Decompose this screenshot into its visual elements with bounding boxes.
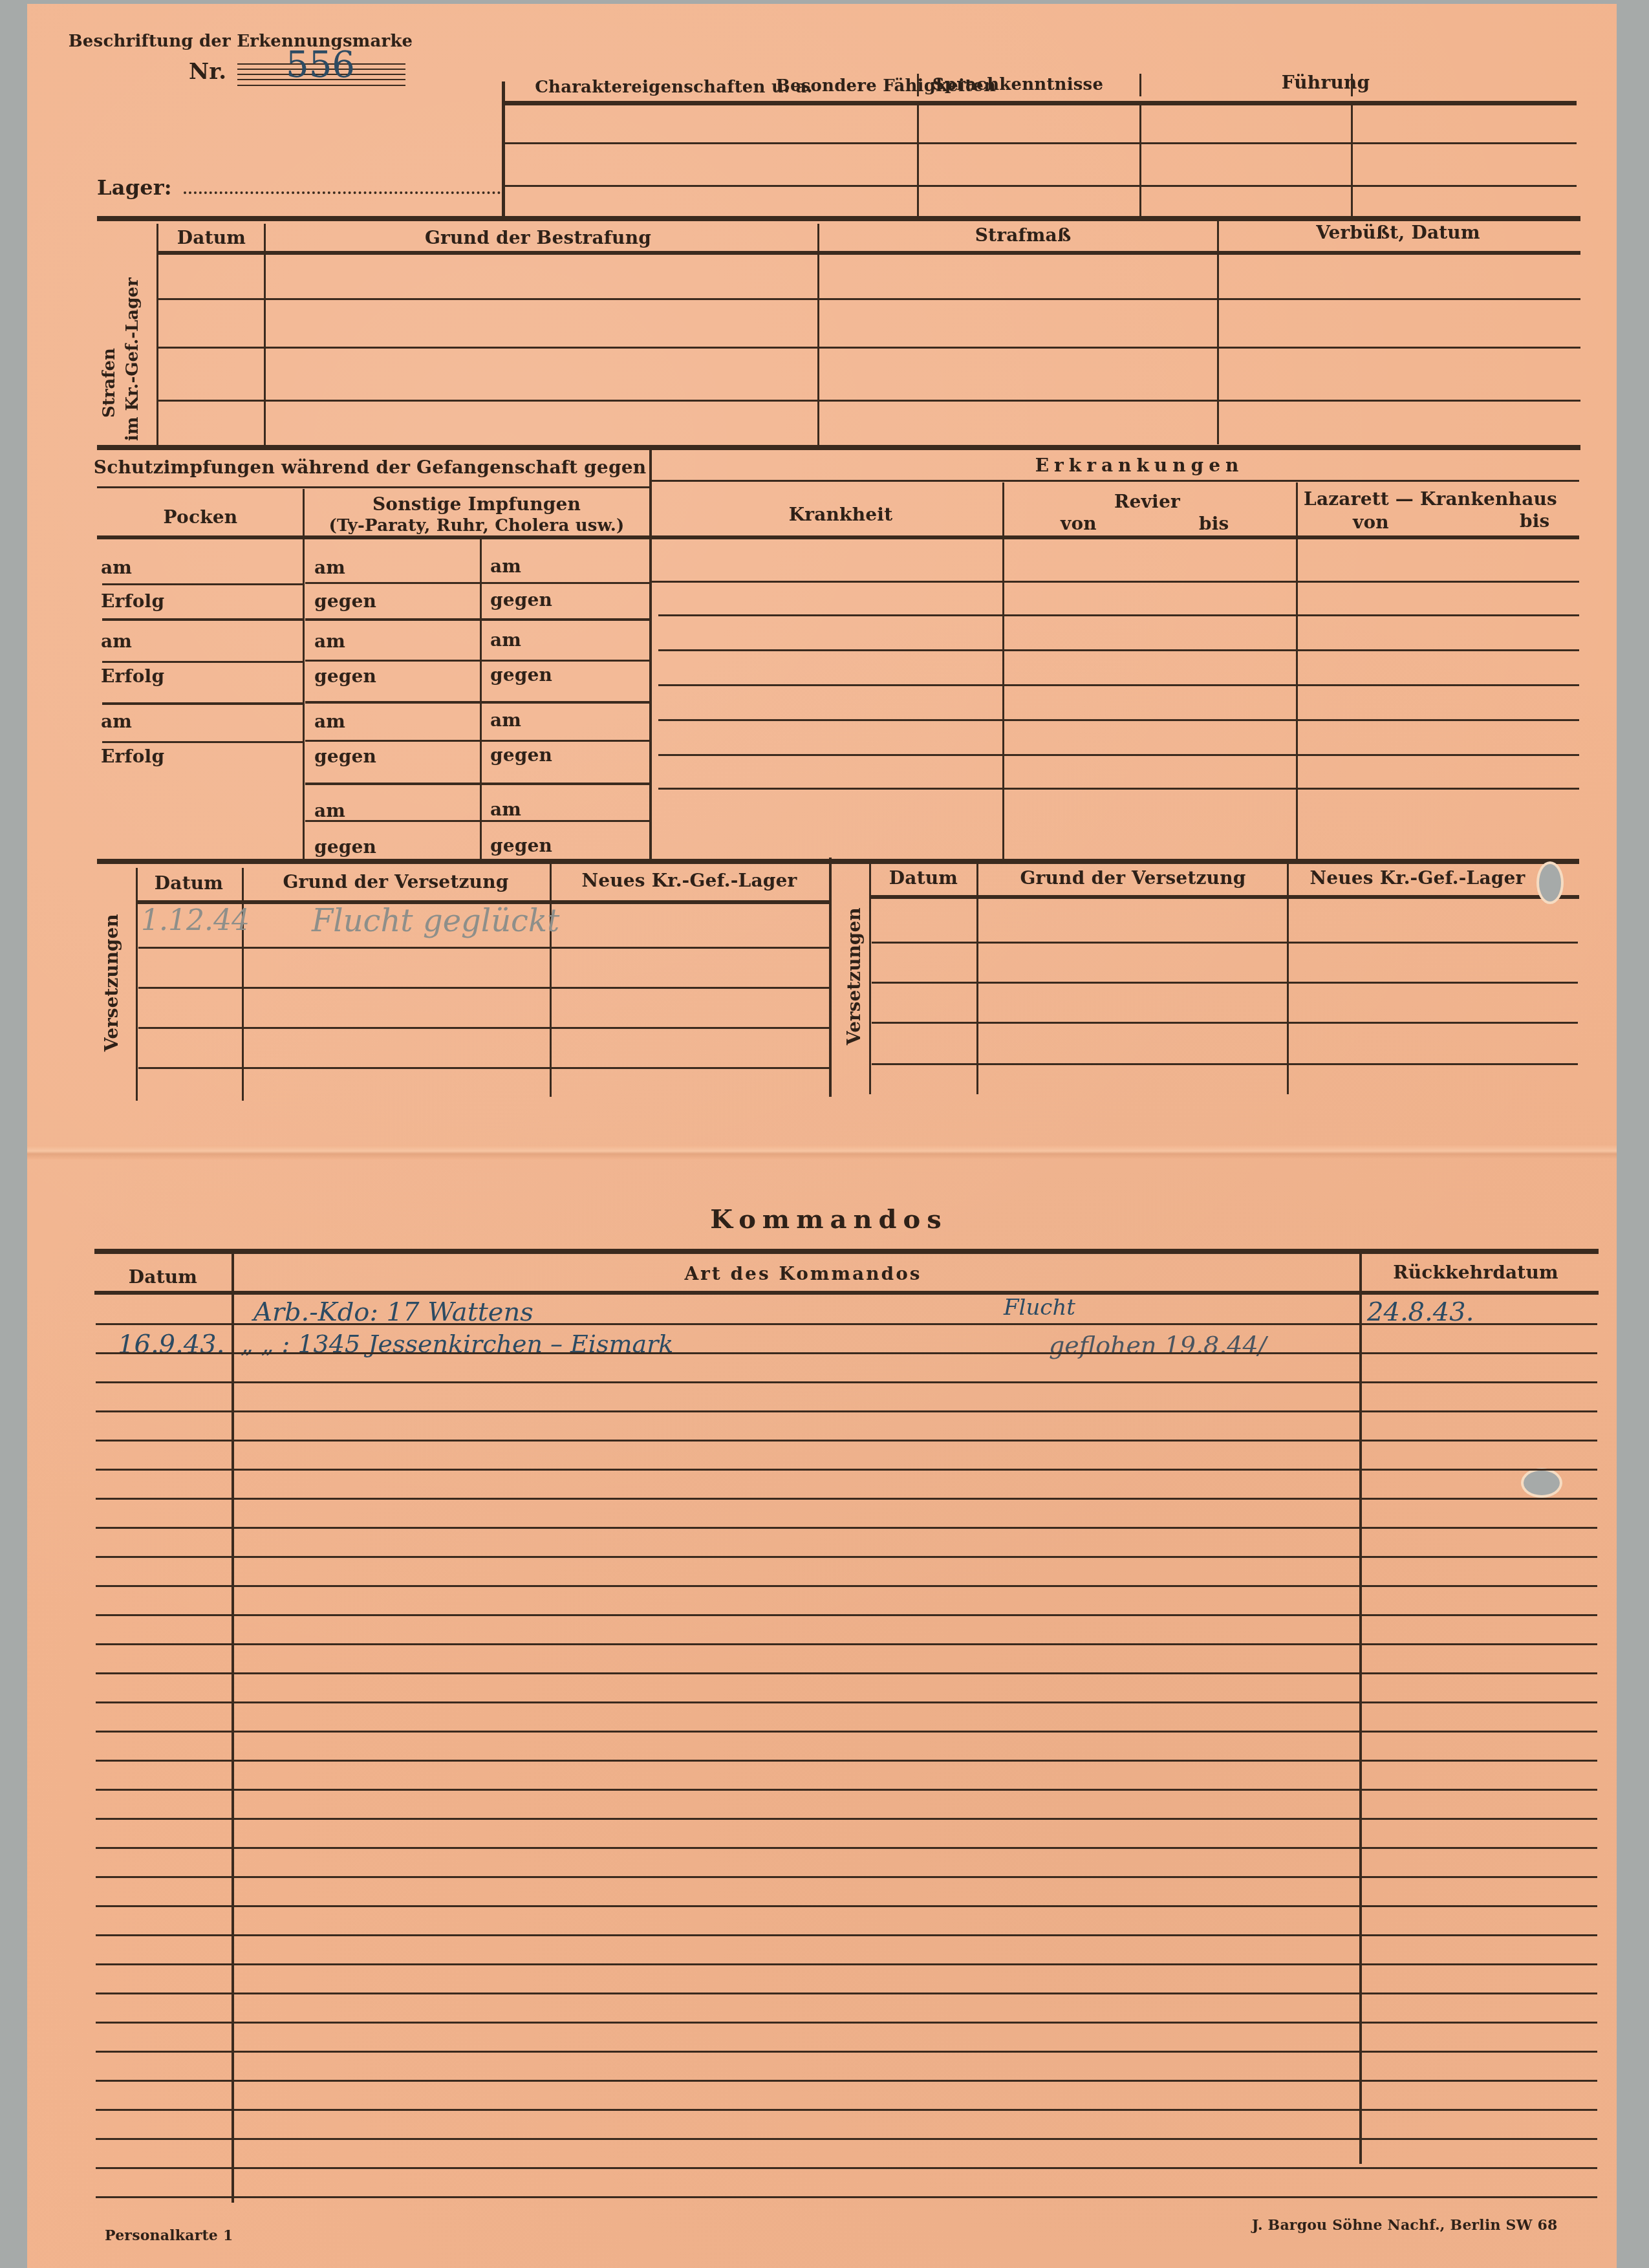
sonstige-gegen: gegen	[490, 746, 552, 764]
lager-field[interactable]	[184, 191, 501, 194]
row-line	[305, 701, 649, 704]
sonstige-gegen: gegen	[314, 592, 376, 610]
pocken-erfolg: Erfolg	[101, 592, 164, 610]
col-sonstige: Sonstige Impfungen	[372, 495, 581, 513]
impfungen-title: Schutzimpfungen während der Gefangenscha…	[94, 459, 646, 477]
kdo-note-1[interactable]: Flucht	[1004, 1295, 1075, 1321]
versetzung-datum-1[interactable]: 1.12.44	[141, 904, 250, 937]
row-line	[305, 618, 649, 621]
lazarett-bis: bis	[1520, 512, 1550, 530]
row-line	[96, 1352, 1597, 1354]
divider	[97, 535, 1579, 539]
row-line	[96, 2138, 1597, 2140]
row-line	[96, 2196, 1597, 2198]
row-line	[138, 987, 829, 989]
sonstige-gegen: gegen	[314, 667, 376, 686]
versetzungen-label: Versetzungen	[101, 914, 122, 1052]
printer-imprint: J. Bargou Söhne Nachf., Berlin SW 68	[1252, 2218, 1557, 2232]
col-charakter: Charaktereigenschaften u. a.	[535, 79, 813, 96]
divider	[94, 1249, 1599, 1254]
kdo-col-art: Art des Kommandos	[684, 1265, 921, 1283]
row-line	[305, 783, 649, 785]
row-line	[96, 1760, 1597, 1762]
vers-col-grund: Grund der Versetzung	[283, 873, 508, 891]
divider	[156, 224, 158, 447]
versetzung-grund-1[interactable]: Flucht geglückt	[312, 903, 559, 939]
versetzungen-label-right: Versetzungen	[843, 907, 865, 1045]
divider	[232, 1252, 234, 2203]
strafen-col-datum: Datum	[177, 229, 246, 247]
divider	[917, 74, 919, 96]
strafen-col-strafmass: Strafmaß	[975, 226, 1072, 244]
divider	[156, 251, 1580, 255]
row-line	[652, 581, 1579, 583]
row-line	[305, 660, 649, 662]
divider	[503, 185, 1577, 187]
row-line	[658, 788, 1579, 790]
sonstige-am: am	[490, 801, 521, 819]
divider	[649, 450, 652, 861]
row-line	[96, 1614, 1597, 1616]
divider	[480, 539, 482, 861]
row-line	[96, 1469, 1597, 1471]
divider	[97, 859, 1579, 864]
row-line	[96, 2051, 1597, 2053]
row-line	[96, 1963, 1597, 1965]
row-line	[658, 649, 1579, 651]
col-sonstige-sub: (Ty-Paraty, Ruhr, Cholera usw.)	[329, 517, 625, 534]
row-line	[96, 1498, 1597, 1500]
divider	[917, 101, 919, 217]
row-line	[96, 1381, 1597, 1383]
divider	[1351, 74, 1353, 96]
pocken-erfolg: Erfolg	[101, 667, 164, 686]
row-line	[96, 2109, 1597, 2111]
row-line	[96, 1934, 1597, 1936]
pocken-am: am	[101, 632, 132, 651]
revier-von: von	[1061, 515, 1097, 533]
divider	[97, 445, 1580, 450]
strafen-col-grund: Grund der Bestrafung	[425, 229, 651, 247]
col-sprachen: Sprachkenntnisse	[932, 76, 1103, 93]
row-line	[96, 1585, 1597, 1587]
row-line	[96, 1527, 1597, 1529]
row-line	[96, 1789, 1597, 1791]
row-line	[102, 583, 303, 585]
divider	[817, 224, 819, 447]
col-lazarett: Lazarett — Krankenhaus	[1304, 490, 1557, 508]
vers-right-col-lager: Neues Kr.-Gef.-Lager	[1309, 869, 1525, 887]
sonstige-am: am	[314, 802, 345, 820]
pocken-am: am	[101, 559, 132, 577]
divider	[503, 142, 1577, 144]
strafen-col-verbuesst: Verbüßt, Datum	[1316, 224, 1480, 242]
row-line	[96, 1440, 1597, 1442]
erkrankungen-title: Erkrankungen	[1035, 457, 1244, 475]
sonstige-gegen: gegen	[490, 666, 552, 684]
row-line	[305, 582, 649, 584]
sonstige-gegen: gegen	[314, 838, 376, 856]
divider	[1359, 1252, 1362, 2164]
row-line	[96, 2080, 1597, 2082]
row-line	[96, 1410, 1597, 1412]
punch-hole	[1539, 864, 1561, 902]
sonstige-am: am	[490, 711, 521, 729]
vers-col-datum: Datum	[155, 874, 223, 892]
row-line	[96, 2167, 1597, 2169]
pocken-am: am	[101, 713, 132, 731]
row-line	[96, 1731, 1597, 1733]
lazarett-von: von	[1353, 513, 1389, 532]
row-line	[96, 1323, 1597, 1325]
row-line	[872, 942, 1578, 944]
strafen-label-2: im Kr.-Gef.-Lager	[123, 277, 142, 441]
row-line	[96, 1876, 1597, 1878]
divider	[97, 486, 651, 488]
row-line	[658, 719, 1579, 721]
row-line	[658, 754, 1579, 756]
strafen-label: Strafen	[100, 348, 119, 418]
punch-hole	[1524, 1471, 1560, 1495]
divider	[303, 489, 305, 861]
row-line	[872, 1022, 1578, 1024]
divider	[550, 864, 552, 1097]
sonstige-am: am	[490, 557, 521, 576]
divider	[1002, 482, 1004, 861]
sonstige-gegen: gegen	[490, 837, 552, 855]
row-line	[96, 1556, 1597, 1558]
divider	[264, 224, 266, 447]
divider	[503, 101, 1577, 105]
kdo-col-rueckkehr: Rückkehrdatum	[1393, 1264, 1558, 1282]
fold-crease	[27, 1145, 1617, 1160]
kommandos-title: Kommandos	[710, 1207, 947, 1233]
tag-label: Beschriftung der Erkennungsmarke	[69, 33, 413, 50]
divider	[870, 895, 1579, 899]
vers-col-lager: Neues Kr.-Gef.-Lager	[581, 872, 797, 890]
row-line	[102, 702, 303, 705]
row-line	[156, 298, 1580, 300]
sonstige-am: am	[314, 713, 345, 731]
row-line	[96, 1818, 1597, 1820]
sonstige-am: am	[490, 631, 521, 649]
lager-label: Lager:	[97, 177, 172, 198]
revier-bis: bis	[1199, 515, 1229, 533]
vers-right-col-grund: Grund der Versetzung	[1020, 869, 1245, 887]
divider	[1139, 101, 1141, 217]
row-line	[96, 1701, 1597, 1703]
vers-right-col-datum: Datum	[889, 869, 958, 887]
col-krankheit: Krankheit	[789, 506, 893, 524]
row-line	[96, 1643, 1597, 1645]
divider	[1296, 482, 1298, 861]
row-line	[305, 740, 649, 742]
sonstige-gegen: gegen	[314, 748, 376, 766]
divider	[652, 480, 1579, 482]
sonstige-am: am	[314, 632, 345, 651]
row-line	[96, 2022, 1597, 2024]
kdo-datum-2[interactable]: 16.9.43.	[118, 1330, 224, 1359]
row-line	[96, 1993, 1597, 1994]
form-id: Personalkarte 1	[105, 2229, 233, 2243]
row-line	[138, 1027, 829, 1029]
divider	[829, 858, 832, 1097]
nr-label: Nr.	[189, 61, 226, 83]
row-line	[96, 1672, 1597, 1674]
personalkarte-page: Beschriftung der Erkennungsmarke Nr. 556…	[27, 4, 1617, 2268]
row-line	[138, 1067, 829, 1069]
kdo-col-datum: Datum	[129, 1268, 197, 1286]
row-line	[102, 661, 303, 663]
row-line	[658, 684, 1579, 686]
divider	[97, 216, 1580, 221]
row-line	[102, 618, 303, 621]
row-line	[658, 614, 1579, 616]
row-line	[305, 820, 649, 822]
sonstige-gegen: gegen	[490, 591, 552, 609]
divider	[94, 1291, 1599, 1295]
pocken-erfolg: Erfolg	[101, 748, 164, 766]
row-line	[96, 1847, 1597, 1849]
row-line	[156, 347, 1580, 349]
col-pocken: Pocken	[164, 508, 238, 526]
kdo-note-2[interactable]: geflohen 19.8.44/	[1049, 1331, 1266, 1359]
row-line	[102, 741, 303, 743]
divider	[1351, 101, 1353, 217]
row-line	[872, 1063, 1578, 1065]
row-line	[872, 982, 1578, 984]
row-line	[96, 1905, 1597, 1907]
sonstige-am: am	[314, 559, 345, 577]
row-line	[156, 400, 1580, 402]
col-fuehrung: Führung	[1282, 74, 1370, 92]
row-line	[138, 947, 829, 949]
divider	[1139, 74, 1141, 96]
nr-value[interactable]: 556	[286, 44, 355, 86]
col-revier: Revier	[1114, 493, 1180, 511]
